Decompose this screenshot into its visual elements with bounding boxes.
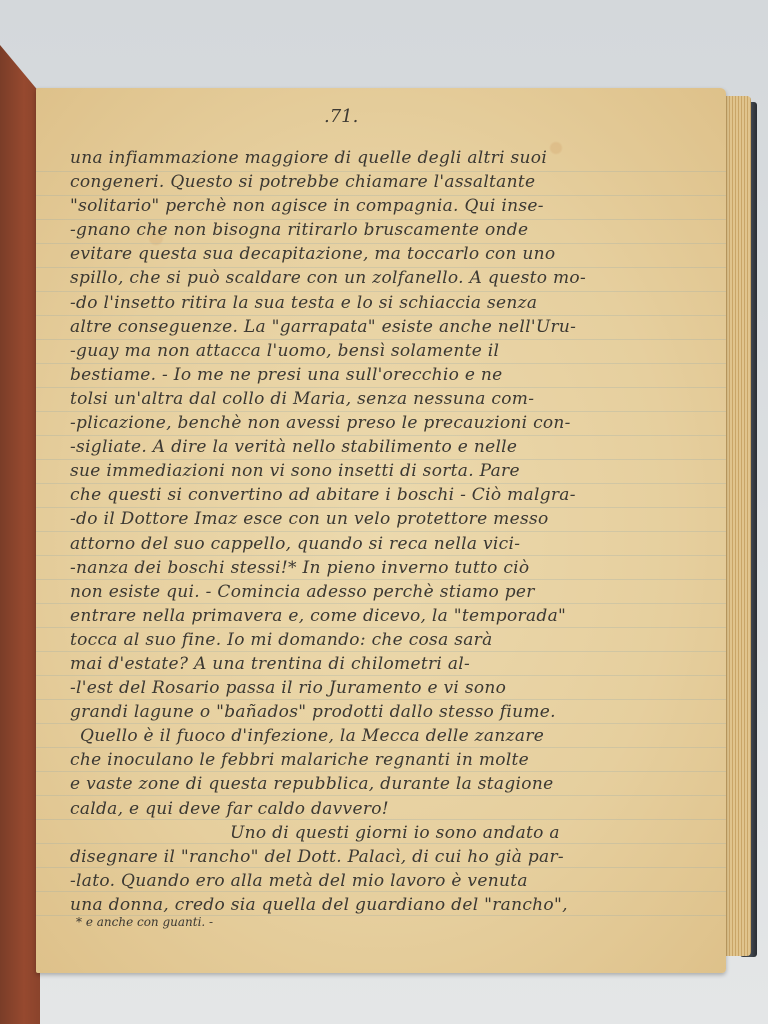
notebook-page: .71. una infiammazione maggiore di quell… [36, 88, 726, 973]
text-line: mai d'estate? A una trentina di chilomet… [70, 652, 708, 676]
text-line: -plicazione, benchè non avessi preso le … [70, 411, 708, 435]
text-line: tocca al suo fine. Io mi domando: che co… [70, 628, 708, 652]
text-line: -do il Dottore Imaz esce con un velo pro… [70, 507, 708, 531]
text-line: e vaste zone di questa repubblica, duran… [70, 772, 708, 796]
page-number: .71. [324, 106, 358, 127]
text-line: altre conseguenze. La "garrapata" esiste… [70, 315, 708, 339]
text-line: grandi lagune o "bañados" prodotti dallo… [70, 700, 708, 724]
text-line: -nanza dei boschi stessi!* In pieno inve… [70, 556, 708, 580]
text-line: spillo, che si può scaldare con un zolfa… [70, 266, 708, 290]
text-line: -gnano che non bisogna ritirarlo bruscam… [70, 218, 708, 242]
text-line: -lato. Quando ero alla metà del mio lavo… [70, 869, 708, 893]
text-line: -do l'insetto ritira la sua testa e lo s… [70, 291, 708, 315]
text-line: Quello è il fuoco d'infezione, la Mecca … [70, 724, 708, 748]
text-line: congeneri. Questo si potrebbe chiamare l… [70, 170, 708, 194]
text-line: una donna, credo sia quella del guardian… [70, 893, 708, 917]
text-line: evitare questa sua decapitazione, ma toc… [70, 242, 708, 266]
text-line: che inoculano le febbri malariche regnan… [70, 748, 708, 772]
text-line: non esiste qui. - Comincia adesso perchè… [70, 580, 708, 604]
text-line: bestiame. - Io me ne presi una sull'orec… [70, 363, 708, 387]
footnote: * e anche con guanti. - [76, 915, 213, 929]
text-line: una infiammazione maggiore di quelle deg… [70, 146, 708, 170]
text-line: -l'est del Rosario passa il rio Jurament… [70, 676, 708, 700]
text-line: attorno del suo cappello, quando si reca… [70, 532, 708, 556]
notebook-cover-left [0, 45, 40, 1024]
text-line: -sigliate. A dire la verità nello stabil… [70, 435, 708, 459]
text-line: entrare nella primavera e, come dicevo, … [70, 604, 708, 628]
text-line: disegnare il "rancho" del Dott. Palacì, … [70, 845, 708, 869]
text-line: tolsi un'altra dal collo di Maria, senza… [70, 387, 708, 411]
handwritten-text: una infiammazione maggiore di quelle deg… [70, 146, 708, 917]
text-line: sue immediazioni non vi sono insetti di … [70, 459, 708, 483]
text-line: che questi si convertino ad abitare i bo… [70, 483, 708, 507]
text-line: -guay ma non attacca l'uomo, bensì solam… [70, 339, 708, 363]
text-line: "solitario" perchè non agisce in compagn… [70, 194, 708, 218]
text-line: calda, e qui deve far caldo davvero! [70, 797, 708, 821]
text-line: Uno di questi giorni io sono andato a [70, 821, 708, 845]
